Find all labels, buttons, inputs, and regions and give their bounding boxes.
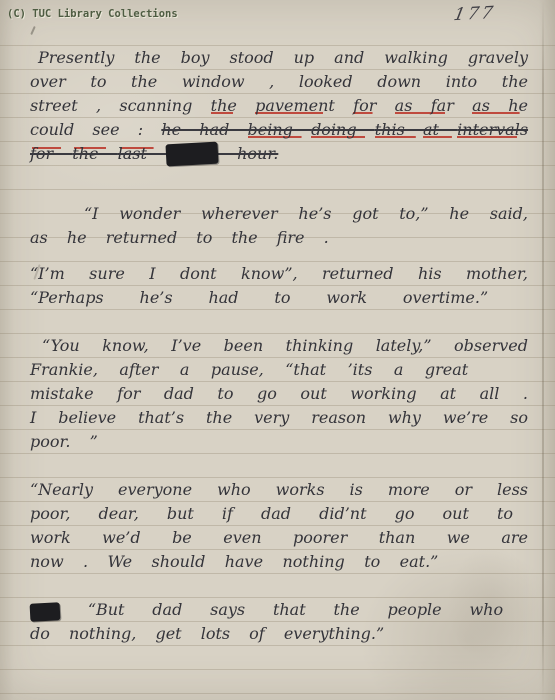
- manuscript-line: street , scanning the pavement for as fa…: [30, 94, 528, 118]
- text-run: “I wonder wherever he’s got to,” he said…: [84, 204, 528, 223]
- manuscript-line: mistake for dad to go out working at all…: [30, 382, 528, 406]
- text-run: as he: [472, 96, 528, 115]
- text-run: last: [118, 144, 166, 163]
- paragraph: “You know, I’ve been thinking lately,” o…: [30, 334, 528, 454]
- text-run: over to the window , looked down into th…: [30, 72, 528, 91]
- manuscript-line: “Nearly everyone who works is more or le…: [30, 478, 528, 502]
- manuscript-line: do nothing, get lots of everything.”: [30, 622, 528, 646]
- text-run: he had: [161, 120, 247, 139]
- text-run: “Perhaps he’s had to work overtime.”: [30, 288, 488, 307]
- manuscript-line: I believe that’s the very reason why we’…: [30, 406, 528, 430]
- text-run: “I’m sure I dont know”, returned his mot…: [30, 264, 528, 283]
- text-run: “But dad says that the people who: [88, 600, 503, 619]
- manuscript-line: work we’d be even poorer than we are: [30, 526, 528, 550]
- text-run: do nothing, get lots of everything.”: [30, 624, 384, 643]
- text-run: being: [248, 120, 312, 139]
- manuscript-line: could see : he had being doing this at i…: [30, 118, 528, 142]
- text-run: now . We should have nothing to eat.”: [30, 552, 438, 571]
- text-run: poor. ”: [30, 432, 98, 451]
- text-run: “You know, I’ve been thinking lately,” o…: [42, 336, 528, 355]
- text-run: could see :: [30, 120, 143, 139]
- manuscript-line: “You know, I’ve been thinking lately,” o…: [30, 334, 528, 358]
- manuscript-line: Presently the boy stood up and walking g…: [30, 46, 528, 70]
- text-run: as far: [395, 96, 454, 115]
- manuscript-line: poor, dear, but if dad did’nt go out to: [30, 502, 513, 526]
- text-run: I believe that’s the very reason why we’…: [30, 408, 528, 427]
- text-run: poor, dear, but if dad did’nt go out to: [30, 504, 513, 523]
- paragraph: “But dad says that the people whodo noth…: [30, 598, 528, 646]
- paragraph: Presently the boy stood up and walking g…: [30, 46, 528, 166]
- text-run: mistake for dad to go out working at all…: [30, 384, 528, 403]
- paragraph: “I wonder wherever he’s got to,” he said…: [30, 202, 528, 250]
- manuscript-line: now . We should have nothing to eat.”: [30, 550, 438, 574]
- manuscript-line: “I wonder wherever he’s got to,” he said…: [30, 202, 528, 226]
- text-run: hour.: [218, 144, 278, 163]
- manuscript-line: over to the window , looked down into th…: [30, 70, 528, 94]
- manuscript-line: as he returned to the fire .: [30, 226, 528, 250]
- text-run: Frankie, after a pause, “that ’its a gre…: [30, 360, 468, 379]
- text-run: as he returned to the fire .: [30, 228, 329, 247]
- text-run: doing: [311, 120, 375, 139]
- manuscript-page: (C) TUC Library Collections 177 Presentl…: [0, 0, 555, 700]
- text-run: for: [353, 96, 376, 115]
- text-run: the: [72, 144, 117, 163]
- text-run: intervals: [457, 120, 528, 139]
- paragraph: “Nearly everyone who works is more or le…: [30, 478, 528, 574]
- page-right-edge: [542, 0, 544, 700]
- manuscript-line: “I’m sure I dont know”, returned his mot…: [30, 262, 528, 286]
- manuscript-line: poor. ”: [30, 430, 528, 454]
- text-run: this: [375, 120, 423, 139]
- text-run: “Nearly everyone who works is more or le…: [30, 480, 528, 499]
- manuscript-line: “But dad says that the people who: [30, 598, 503, 622]
- manuscript-line: “Perhaps he’s had to work overtime.”: [30, 286, 488, 310]
- text-run: the: [211, 96, 237, 115]
- manuscript-line: Frankie, after a pause, “that ’its a gre…: [30, 358, 468, 382]
- handwritten-text: Presently the boy stood up and walking g…: [30, 0, 528, 700]
- manuscript-line: for the last hour.: [30, 142, 528, 166]
- text-run: street , scanning: [30, 96, 192, 115]
- ink-blot: [165, 142, 218, 167]
- text-run: pavement: [255, 96, 335, 115]
- ink-blot: [30, 602, 61, 622]
- text-run: Presently the boy stood up and walking g…: [38, 48, 528, 67]
- text-run: for: [30, 144, 72, 163]
- text-run: at: [423, 120, 457, 139]
- paragraph: “I’m sure I dont know”, returned his mot…: [30, 262, 528, 310]
- text-run: work we’d be even poorer than we are: [30, 528, 528, 547]
